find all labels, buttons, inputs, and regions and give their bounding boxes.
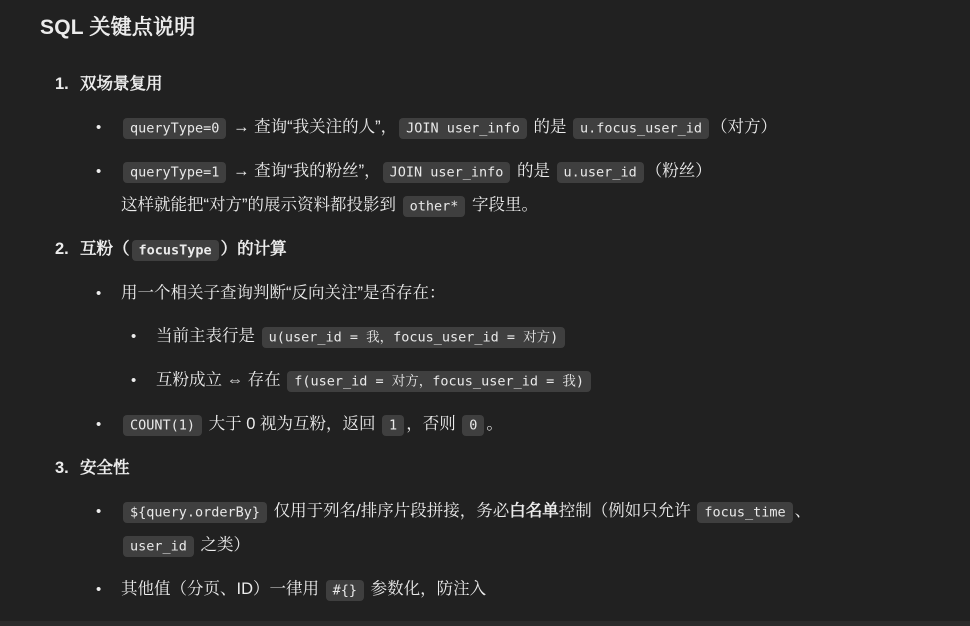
text-run: 、 — [795, 502, 812, 520]
text-run: （对方） — [711, 118, 777, 136]
list-item-content: queryType=1 → 查询“我的粉丝”，JOIN user_info 的是… — [121, 155, 940, 223]
bottom-strip — [0, 621, 970, 626]
inline-code: #{} — [326, 580, 364, 601]
bullet-marker: • — [96, 277, 121, 310]
inline-code: JOIN user_info — [383, 162, 511, 183]
item-heading: 双场景复用 — [80, 68, 163, 101]
inline-code: ${query.orderBy} — [123, 502, 267, 523]
list-item-content: COUNT(1) 大于 0 视为互粉，返回 1，否则 0。 — [121, 408, 940, 442]
inline-code: JOIN user_info — [399, 118, 527, 139]
text-run: 互粉（ — [80, 240, 130, 258]
list-item-content: 互粉成立 ⇔ 存在 f(user_id = 对方，focus_user_id =… — [156, 364, 940, 398]
bullet-marker: • — [131, 320, 156, 354]
list-item-content: 用一个相关子查询判断“反向关注”是否存在： — [121, 277, 940, 310]
item-number: 1. — [55, 68, 80, 101]
bullet-list: •用一个相关子查询判断“反向关注”是否存在：•当前主表行是 u(user_id … — [40, 277, 940, 442]
text-run: 控制（例如只允许 — [559, 502, 696, 520]
inline-code: u(user_id = 我，focus_user_id = 对方) — [262, 327, 566, 348]
item-heading: 安全性 — [80, 452, 130, 485]
bullet-marker: • — [131, 364, 156, 398]
item-number: 3. — [55, 452, 80, 485]
text-run: → 查询“我的粉丝”， — [228, 162, 380, 180]
list-item: •其他值（分页、ID）一律用 #{} 参数化，防注入 — [96, 573, 940, 607]
assistant-message: SQL 关键点说明 1.双场景复用•queryType=0 → 查询“我关注的人… — [0, 0, 970, 607]
bullet-list: •queryType=0 → 查询“我关注的人”，JOIN user_info … — [40, 111, 940, 223]
list-item: •queryType=0 → 查询“我关注的人”，JOIN user_info … — [96, 111, 940, 145]
bold-text: 白名单 — [509, 502, 559, 520]
item-heading-row: 2.互粉（focusType）的计算 — [55, 233, 940, 267]
inline-code: u.focus_user_id — [573, 118, 709, 139]
list-item: •COUNT(1) 大于 0 视为互粉，返回 1，否则 0。 — [96, 408, 940, 442]
inline-code: COUNT(1) — [123, 415, 202, 436]
text-run: 互粉成立 ⇔ 存在 — [156, 371, 285, 389]
list-item-content: queryType=0 → 查询“我关注的人”，JOIN user_info 的… — [121, 111, 940, 145]
list-item-content: ${query.orderBy} 仅用于列名/排序片段拼接，务必白名单控制（例如… — [121, 495, 940, 563]
inline-code: user_id — [123, 536, 194, 557]
page-title: SQL 关键点说明 — [40, 13, 940, 43]
text-run: 大于 0 视为互粉，返回 — [204, 415, 380, 433]
text-run: ）的计算 — [221, 240, 287, 258]
numbered-item: 3.安全性•${query.orderBy} 仅用于列名/排序片段拼接，务必白名… — [40, 452, 940, 607]
text-run: 的是 — [529, 118, 571, 136]
bullet-marker: • — [96, 408, 121, 442]
bullet-marker: • — [96, 495, 121, 563]
inline-code: other* — [403, 196, 466, 217]
numbered-item: 1.双场景复用•queryType=0 → 查询“我关注的人”，JOIN use… — [40, 68, 940, 223]
text-run: 。 — [486, 415, 503, 433]
inline-code: queryType=0 — [123, 118, 226, 139]
text-run: （粉丝） — [646, 162, 712, 180]
text-run: 字段里。 — [467, 196, 538, 214]
text-run: 的是 — [512, 162, 554, 180]
list-item: •互粉成立 ⇔ 存在 f(user_id = 对方，focus_user_id … — [131, 364, 940, 398]
text-run: 其他值（分页、ID）一律用 — [121, 580, 324, 598]
list-item: •当前主表行是 u(user_id = 我，focus_user_id = 对方… — [131, 320, 940, 354]
item-heading-row: 1.双场景复用 — [55, 68, 940, 101]
text-run: ，否则 — [406, 415, 460, 433]
text-run: 参数化，防注入 — [366, 580, 486, 598]
list-item: •${query.orderBy} 仅用于列名/排序片段拼接，务必白名单控制（例… — [96, 495, 940, 563]
item-number: 2. — [55, 233, 80, 266]
bullet-marker: • — [96, 155, 121, 223]
inline-code: queryType=1 — [123, 162, 226, 183]
inline-code: 0 — [462, 415, 484, 436]
inline-code: focus_time — [697, 502, 792, 523]
bullet-marker: • — [96, 573, 121, 607]
text-run: 仅用于列名/排序片段拼接，务必 — [269, 502, 509, 520]
text-run: 双场景复用 — [80, 75, 163, 93]
bullet-list: •${query.orderBy} 仅用于列名/排序片段拼接，务必白名单控制（例… — [40, 495, 940, 607]
text-run: 当前主表行是 — [156, 327, 260, 345]
list-item: •用一个相关子查询判断“反向关注”是否存在： — [96, 277, 940, 310]
list-item: •queryType=1 → 查询“我的粉丝”，JOIN user_info 的… — [96, 155, 940, 223]
text-run: 用一个相关子查询判断“反向关注”是否存在： — [121, 284, 446, 302]
item-heading-row: 3.安全性 — [55, 452, 940, 485]
inline-code: u.user_id — [557, 162, 644, 183]
text-run: 之类） — [196, 536, 250, 554]
text-run: 这样就能把“对方”的展示资料都投影到 — [121, 196, 401, 214]
list-item-content: 其他值（分页、ID）一律用 #{} 参数化，防注入 — [121, 573, 940, 607]
text-run: 安全性 — [80, 459, 130, 477]
inline-code: focusType — [132, 240, 219, 261]
key-points-list: 1.双场景复用•queryType=0 → 查询“我关注的人”，JOIN use… — [40, 68, 940, 607]
item-heading: 互粉（focusType）的计算 — [80, 233, 287, 267]
numbered-item: 2.互粉（focusType）的计算•用一个相关子查询判断“反向关注”是否存在：… — [40, 233, 940, 442]
bullet-marker: • — [96, 111, 121, 145]
list-item-content: 当前主表行是 u(user_id = 我，focus_user_id = 对方) — [156, 320, 940, 354]
inline-code: f(user_id = 对方，focus_user_id = 我) — [287, 371, 591, 392]
inline-code: 1 — [382, 415, 404, 436]
text-run: → 查询“我关注的人”， — [228, 118, 397, 136]
